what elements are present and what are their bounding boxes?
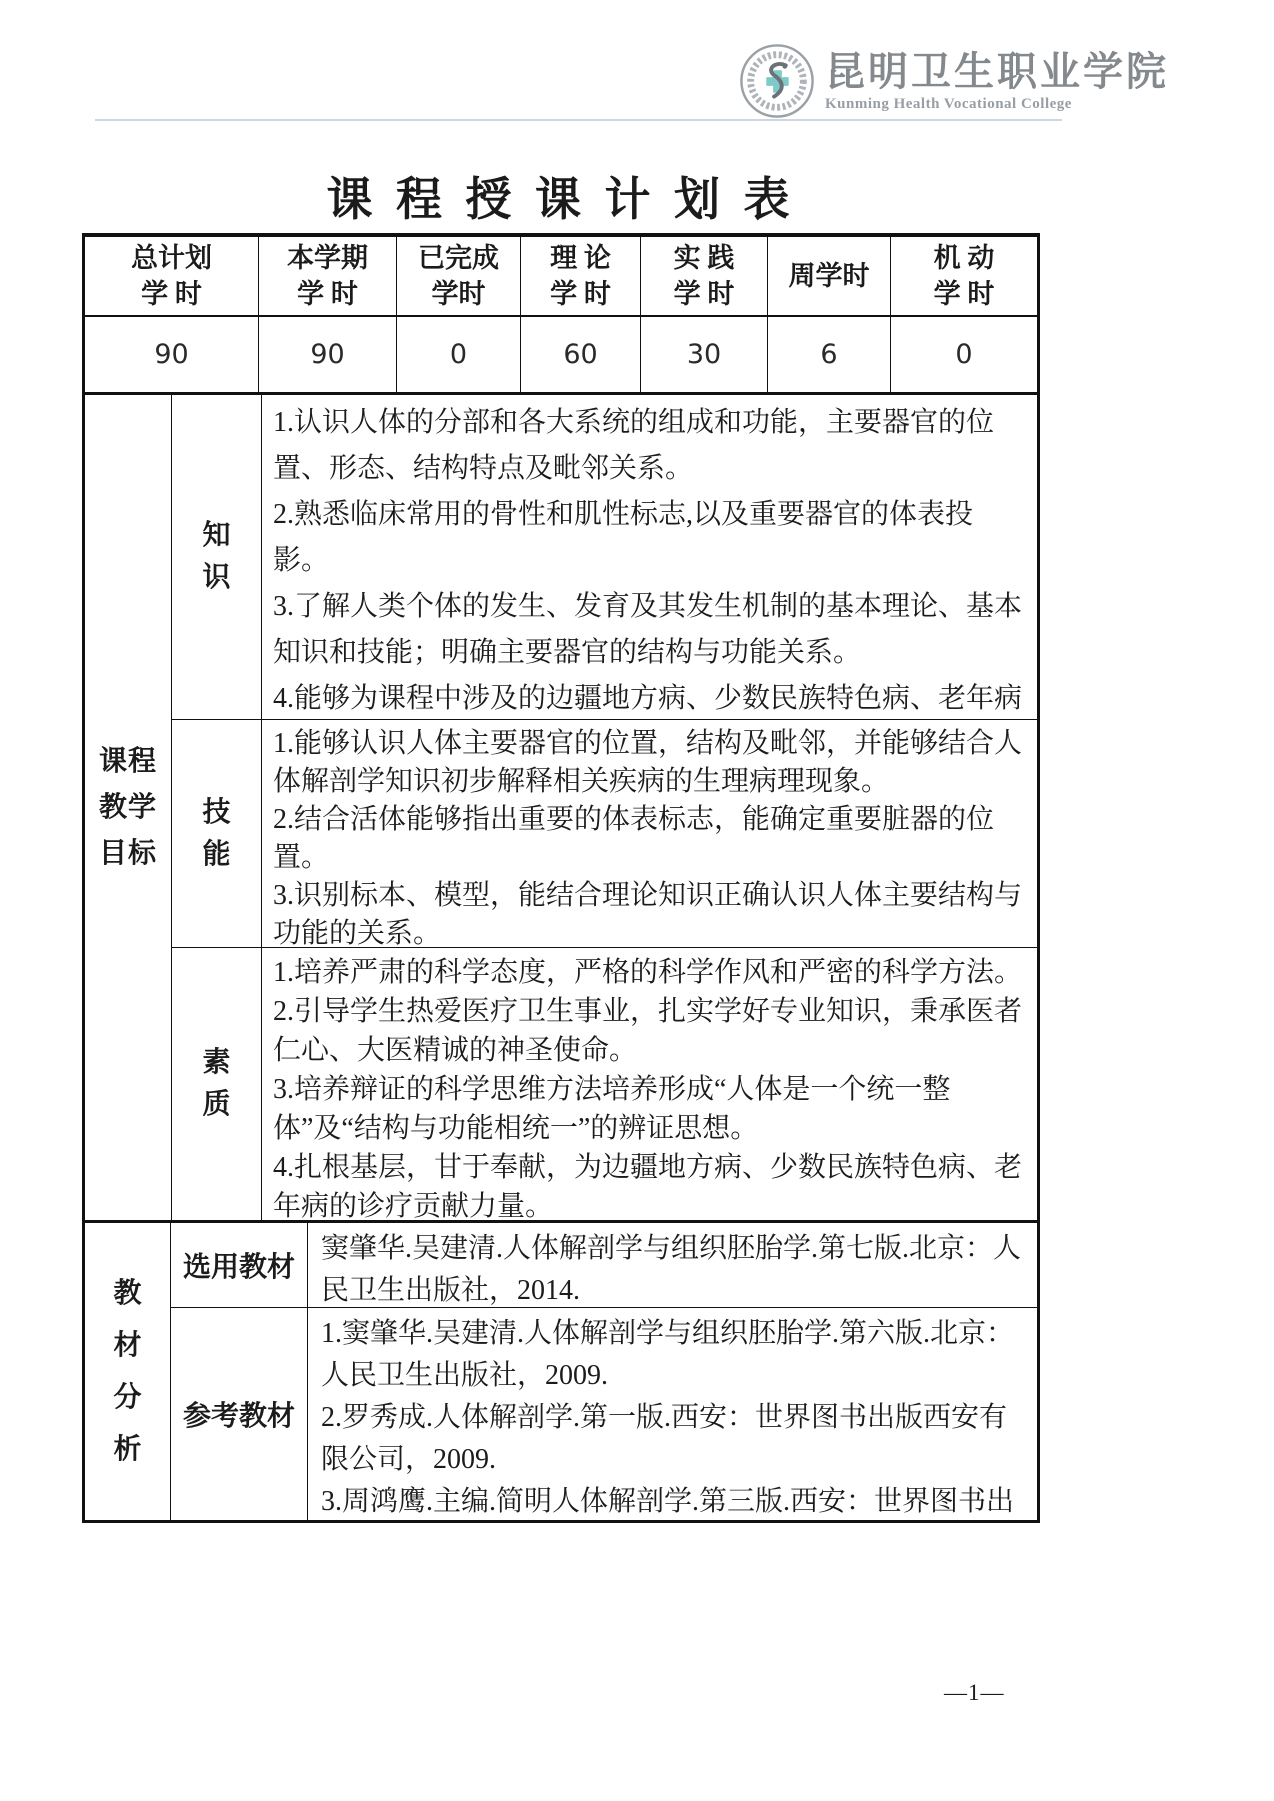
goal-item: 3.了解人类个体的发生、发育及其发生机制的基本理论、基本知识和技能；明确主要器官…: [273, 584, 1027, 676]
goals-rows: 知识 1.认识人体的分部和各大系统的组成和功能，主要器官的位置、形态、结构特点及…: [172, 395, 1037, 1220]
header-label-line: 周学时: [789, 258, 870, 294]
header-label-line: 学 时: [550, 276, 611, 312]
header-label-line: 学 时: [674, 276, 735, 312]
course-plan-table: 总计划 学 时 本学期 学 时 已完成 学时 理 论 学 时 实 践 学 时 周…: [82, 233, 1040, 1523]
header-label-line: 本学期: [287, 240, 368, 276]
summary-value-cell: 30: [641, 317, 768, 392]
goal-content-knowledge: 1.认识人体的分部和各大系统的组成和功能，主要器官的位置、形态、结构特点及毗邻关…: [262, 395, 1037, 719]
summary-value-cell: 90: [85, 317, 259, 392]
summary-header-cell: 周学时: [768, 237, 891, 315]
goal-content-skills: 1.能够认识人体主要器官的位置，结构及毗邻，并能够结合人体解剖学知识初步解释相关…: [262, 720, 1037, 947]
summary-value-cell: 60: [521, 317, 641, 392]
header-divider: [95, 119, 1062, 121]
goal-row-quality: 素质 1.培养严肃的科学态度，严格的科学作风和严密的科学方法。 2.引导学生热爱…: [172, 948, 1037, 1220]
goal-sublabel: 技能: [201, 792, 233, 876]
goal-item: 2.结合活体能够指出重要的体表标志，能确定重要脏器的位置。: [273, 801, 1027, 877]
college-name-zh: 昆明卫生职业学院: [825, 49, 1169, 95]
goals-row-label-cell: 课程教学目标: [85, 395, 172, 1220]
goal-item: 3.识别标本、模型，能结合理论知识正确认识人体主要结构与功能的关系。: [273, 877, 1027, 947]
goal-item: 1.能够认识人体主要器官的位置，结构及毗邻，并能够结合人体解剖学知识初步解释相关…: [273, 725, 1027, 801]
goal-item: 1.认识人体的分部和各大系统的组成和功能，主要器官的位置、形态、结构特点及毗邻关…: [273, 400, 1027, 492]
college-seal-icon: [738, 42, 816, 120]
header-label-line: 总计划: [131, 240, 212, 276]
goal-row-skills: 技能 1.能够认识人体主要器官的位置，结构及毗邻，并能够结合人体解剖学知识初步解…: [172, 720, 1037, 948]
materials-row-selected: 选用教材 窦肇华.吴建清.人体解剖学与组织胚胎学.第七版.北京：人民卫生出版社，…: [171, 1223, 1037, 1308]
college-name-en: Kunming Health Vocational College: [825, 96, 1169, 113]
goals-row-label: 课程教学目标: [85, 739, 171, 877]
materials-section: 教材分析 选用教材 窦肇华.吴建清.人体解剖学与组织胚胎学.第七版.北京：人民卫…: [85, 1223, 1037, 1520]
summary-values-row: 90 90 0 60 30 6 0: [85, 317, 1037, 395]
header-label-line: 已完成: [418, 240, 499, 276]
textbook-item: 窦肇华.吴建清.人体解剖学与组织胚胎学.第七版.北京：人民卫生出版社，2014.: [321, 1228, 1025, 1307]
goal-item: 2.熟悉临床常用的骨性和肌性标志,以及重要器官的体表投影。: [273, 492, 1027, 584]
page-number: —1—: [944, 1680, 1005, 1706]
goal-item: 4.能够为课程中涉及的边疆地方病、少数民族特色病、老年病等打下坚实的解剖学基础。: [273, 676, 1027, 719]
goal-sublabel: 素质: [201, 1042, 233, 1126]
header-label-line: 学 时: [297, 276, 358, 312]
header-label-line: 学时: [432, 276, 486, 312]
goal-row-knowledge: 知识 1.认识人体的分部和各大系统的组成和功能，主要器官的位置、形态、结构特点及…: [172, 395, 1037, 720]
header-label-line: 理 论: [550, 240, 611, 276]
textbook-item: 2.罗秀成.人体解剖学.第一版.西安：世界图书出版西安有限公司，2009.: [321, 1397, 1025, 1481]
goal-sublabel: 知识: [201, 515, 233, 599]
materials-row-label: 教材分析: [112, 1268, 144, 1476]
summary-header-cell: 机 动 学 时: [891, 237, 1037, 315]
summary-header-cell: 实 践 学 时: [641, 237, 768, 315]
summary-header-cell: 总计划 学 时: [85, 237, 259, 315]
goal-item: 4.扎根基层，甘于奉献，为边疆地方病、少数民族特色病、老年病的诊疗贡献力量。: [273, 1148, 1027, 1220]
goal-content-quality: 1.培养严肃的科学态度，严格的科学作风和严密的科学方法。 2.引导学生热爱医疗卫…: [262, 948, 1037, 1220]
reference-textbook-content: 1.窦肇华.吴建清.人体解剖学与组织胚胎学.第六版.北京：人民卫生出版社，200…: [308, 1308, 1037, 1520]
summary-header-cell: 理 论 学 时: [521, 237, 641, 315]
goal-sublabel-cell: 技能: [172, 720, 262, 947]
goal-item: 1.培养严肃的科学态度，严格的科学作风和严密的科学方法。: [273, 953, 1027, 992]
materials-rows: 选用教材 窦肇华.吴建清.人体解剖学与组织胚胎学.第七版.北京：人民卫生出版社，…: [171, 1223, 1037, 1520]
summary-value-cell: 90: [259, 317, 397, 392]
goal-item: 2.引导学生热爱医疗卫生事业，扎实学好专业知识，秉承医者仁心、大医精诚的神圣使命…: [273, 992, 1027, 1070]
summary-header-cell: 已完成 学时: [397, 237, 521, 315]
header-label-line: 机 动: [934, 240, 995, 276]
header-label-line: 实 践: [674, 240, 735, 276]
summary-value-cell: 0: [891, 317, 1037, 392]
summary-header-cell: 本学期 学 时: [259, 237, 397, 315]
college-header: 昆明卫生职业学院 Kunming Health Vocational Colle…: [738, 42, 1169, 120]
materials-sublabel: 参考教材: [171, 1308, 308, 1520]
textbook-item: 3.周鸿鹰.主编.简明人体解剖学.第三版.西安：世界图书出版西安有限公司，201…: [321, 1481, 1025, 1520]
document-page: 昆明卫生职业学院 Kunming Health Vocational Colle…: [0, 0, 1274, 1801]
goal-item: 3.培养辩证的科学思维方法培养形成“人体是一个统一整体”及“结构与功能相统一”的…: [273, 1070, 1027, 1148]
goal-sublabel-cell: 素质: [172, 948, 262, 1220]
summary-header-row: 总计划 学 时 本学期 学 时 已完成 学时 理 论 学 时 实 践 学 时 周…: [85, 237, 1037, 317]
materials-row-reference: 参考教材 1.窦肇华.吴建清.人体解剖学与组织胚胎学.第六版.北京：人民卫生出版…: [171, 1308, 1037, 1520]
college-name-block: 昆明卫生职业学院 Kunming Health Vocational Colle…: [825, 49, 1169, 113]
summary-value-cell: 0: [397, 317, 521, 392]
materials-sublabel: 选用教材: [171, 1223, 308, 1307]
selected-textbook-content: 窦肇华.吴建清.人体解剖学与组织胚胎学.第七版.北京：人民卫生出版社，2014.: [308, 1223, 1037, 1307]
textbook-item: 1.窦肇华.吴建清.人体解剖学与组织胚胎学.第六版.北京：人民卫生出版社，200…: [321, 1313, 1025, 1397]
header-label-line: 学 时: [934, 276, 995, 312]
header-label-line: 学 时: [141, 276, 202, 312]
summary-value-cell: 6: [768, 317, 891, 392]
goal-sublabel-cell: 知识: [172, 395, 262, 719]
teaching-goals-section: 课程教学目标 知识 1.认识人体的分部和各大系统的组成和功能，主要器官的位置、形…: [85, 395, 1037, 1223]
page-title: 课 程 授 课 计 划 表: [82, 163, 1040, 229]
materials-row-label-cell: 教材分析: [85, 1223, 171, 1520]
